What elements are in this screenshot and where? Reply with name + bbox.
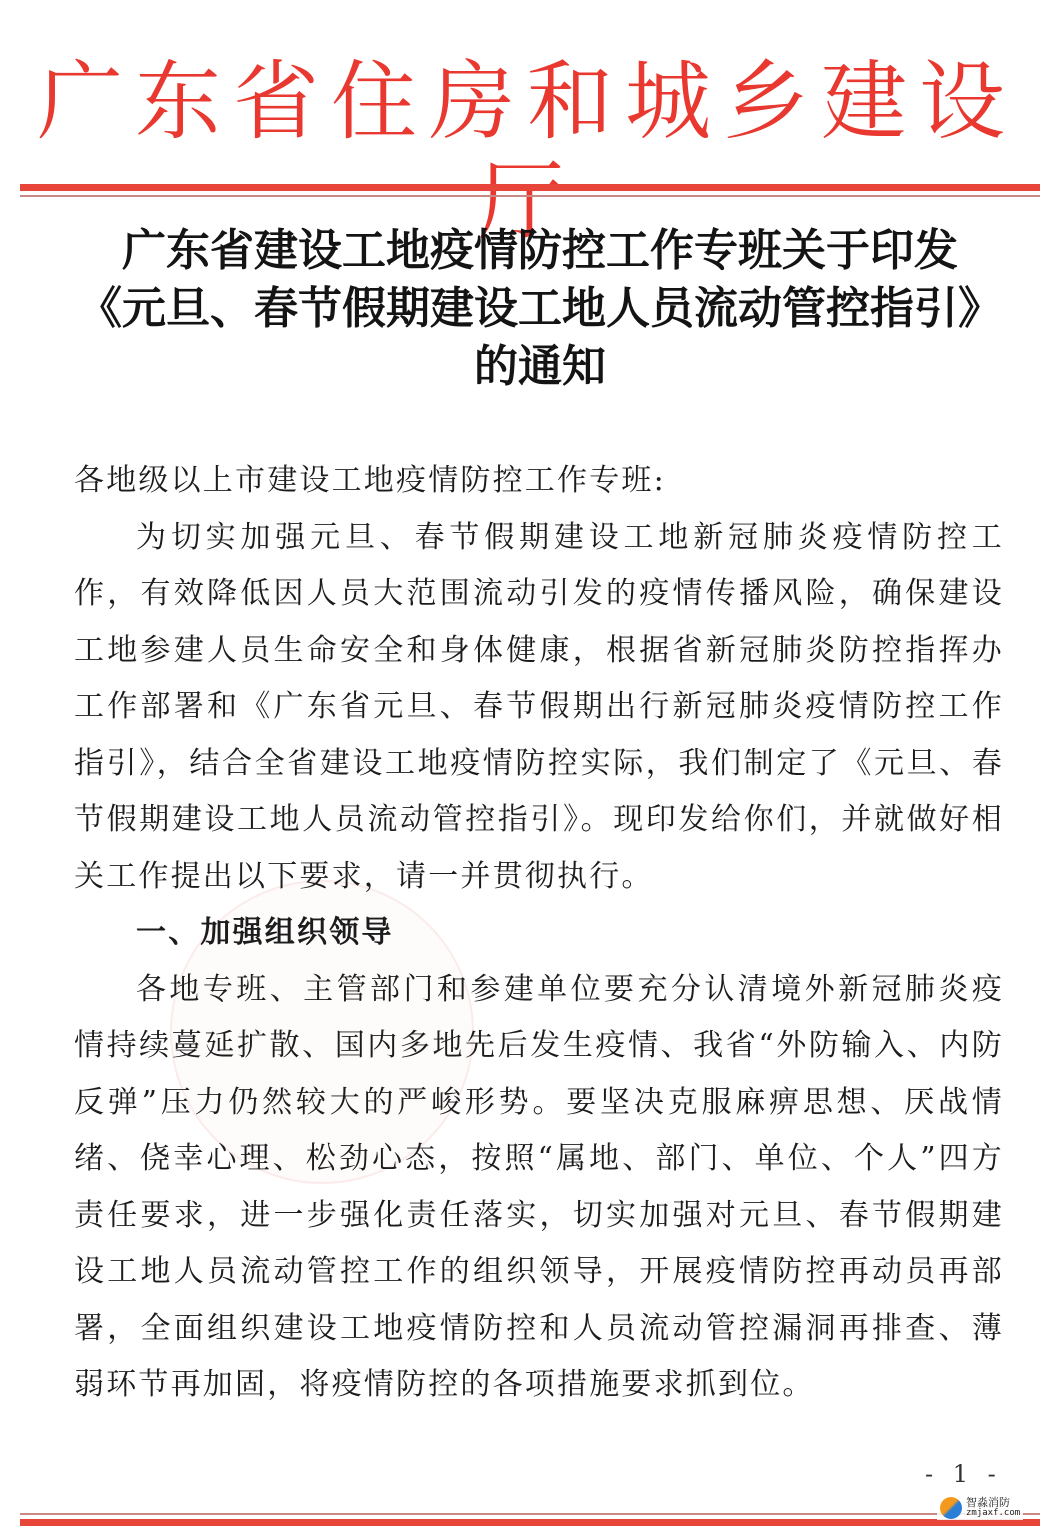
watermark-url: zmjaxf.com	[966, 1508, 1020, 1519]
footer-rule-thin	[20, 1513, 1040, 1515]
page-number: - 1 -	[925, 1460, 1002, 1488]
header-rule-thin	[20, 195, 1040, 197]
title-line-3: 的通知	[60, 338, 1020, 396]
section-paragraph-1: 各地专班、主管部门和参建单位要充分认清境外新冠肺炎疫情持续蔓延扩散、国内多地先后…	[74, 962, 1004, 1414]
footer-rule-thick	[20, 1519, 1040, 1526]
intro-paragraph: 为切实加强元旦、春节假期建设工地新冠肺炎疫情防控工作，有效降低因人员大范围流动引…	[74, 510, 1004, 906]
title-line-1: 广东省建设工地疫情防控工作专班关于印发	[60, 222, 1020, 280]
section-heading-1: 一、加强组织领导	[74, 905, 1004, 962]
document-body: 各地级以上市建设工地疫情防控工作专班: 为切实加强元旦、春节假期建设工地新冠肺炎…	[74, 453, 1004, 1414]
watermark: 智淼消防 zmjaxf.com	[937, 1496, 1023, 1520]
salutation: 各地级以上市建设工地疫情防控工作专班:	[74, 453, 1004, 510]
header-rule-thick	[20, 184, 1040, 191]
watermark-name: 智淼消防	[966, 1497, 1020, 1508]
watermark-logo-icon	[940, 1497, 962, 1519]
document-title: 广东省建设工地疫情防控工作专班关于印发 《元旦、春节假期建设工地人员流动管控指引…	[60, 222, 1020, 396]
title-line-2: 《元旦、春节假期建设工地人员流动管控指引》	[60, 280, 1020, 338]
